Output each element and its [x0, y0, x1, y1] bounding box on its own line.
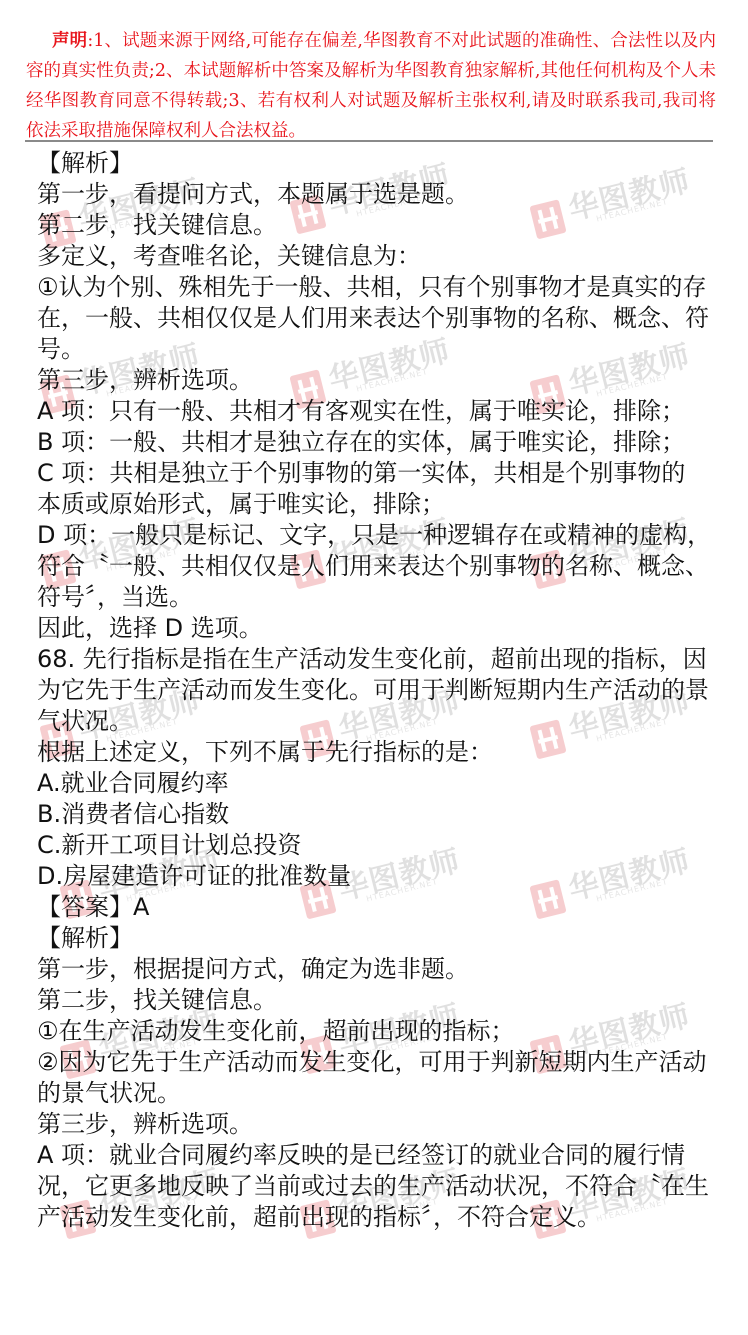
analysis-line: ①认为个别、殊相先于一般、共相，只有个别事物才是真实的存: [37, 272, 717, 303]
header-divider: [25, 140, 713, 142]
analysis-line: 第二步，找关键信息。: [37, 210, 717, 241]
option-analysis-d: D 项：一般只是标记、文字，只是一种逻辑存在或精神的虚构，: [37, 520, 717, 551]
section-heading: 【解析】: [37, 148, 717, 179]
disclaimer-label: 声明: [26, 31, 87, 51]
analysis-line: 第三步，辨析选项。: [37, 365, 717, 396]
option-analysis-b: B 项：一般、共相才是独立存在的实体，属于唯实论，排除；: [37, 427, 717, 458]
option-analysis-d: 符号〞，当选。: [37, 582, 717, 613]
analysis-line: 在，一般、共相仅仅是人们用来表达个别事物的名称、概念、符: [37, 303, 717, 334]
option-analysis-a: 产活动发生变化前，超前出现的指标〞，不符合定义。: [37, 1202, 717, 1233]
option-analysis-c: 本质或原始形式，属于唯实论，排除；: [37, 489, 717, 520]
question-stem: 为它先于生产活动而发生变化。可用于判断短期内生产活动的景: [37, 675, 717, 706]
analysis-line: 号。: [37, 334, 717, 365]
option-analysis-a: A 项：就业合同履约率反映的是已经签订的就业合同的履行情: [37, 1140, 717, 1171]
analysis-line: ①在生产活动发生变化前，超前出现的指标；: [37, 1016, 717, 1047]
analysis-line: 的景气状况。: [37, 1078, 717, 1109]
analysis-line: 多定义，考查唯名论，关键信息为：: [37, 241, 717, 272]
analysis-line: ②因为它先于生产活动而发生变化，可用于判新短期内生产活动: [37, 1047, 717, 1078]
analysis-line: 第一步，根据提问方式，确定为选非题。: [37, 954, 717, 985]
disclaimer-text: :1、试题来源于网络,可能存在偏差,华图教育不对此试题的准确性、合法性以及内容的…: [26, 31, 716, 141]
option-b: B.消费者信心指数: [37, 799, 717, 830]
question-prompt: 根据上述定义，下列不属于先行指标的是：: [37, 737, 717, 768]
disclaimer: 声明:1、试题来源于网络,可能存在偏差,华图教育不对此试题的准确性、合法性以及内…: [26, 26, 716, 146]
document-body: 【解析】 第一步，看提问方式，本题属于选是题。 第二步，找关键信息。 多定义，考…: [37, 148, 717, 1233]
analysis-line: 第三步，辨析选项。: [37, 1109, 717, 1140]
answer-label: 【答案】A: [37, 892, 717, 923]
option-d: D.房屋建造许可证的批准数量: [37, 861, 717, 892]
option-analysis-c: C 项：共相是独立于个别事物的第一实体，共相是个别事物的: [37, 458, 717, 489]
analysis-line: 第二步，找关键信息。: [37, 985, 717, 1016]
option-a: A.就业合同履约率: [37, 768, 717, 799]
conclusion-line: 因此，选择 D 选项。: [37, 613, 717, 644]
option-c: C.新开工项目计划总投资: [37, 830, 717, 861]
question-stem: 68. 先行指标是指在生产活动发生变化前，超前出现的指标，因: [37, 644, 717, 675]
section-heading: 【解析】: [37, 923, 717, 954]
analysis-line: 第一步，看提问方式，本题属于选是题。: [37, 179, 717, 210]
option-analysis-a: 况，它更多地反映了当前或过去的生产活动状况，不符合〝在生: [37, 1171, 717, 1202]
option-analysis-a: A 项：只有一般、共相才有客观实在性，属于唯实论，排除；: [37, 396, 717, 427]
option-analysis-d: 符合〝一般、共相仅仅是人们用来表达个别事物的名称、概念、: [37, 551, 717, 582]
question-stem: 气状况。: [37, 706, 717, 737]
